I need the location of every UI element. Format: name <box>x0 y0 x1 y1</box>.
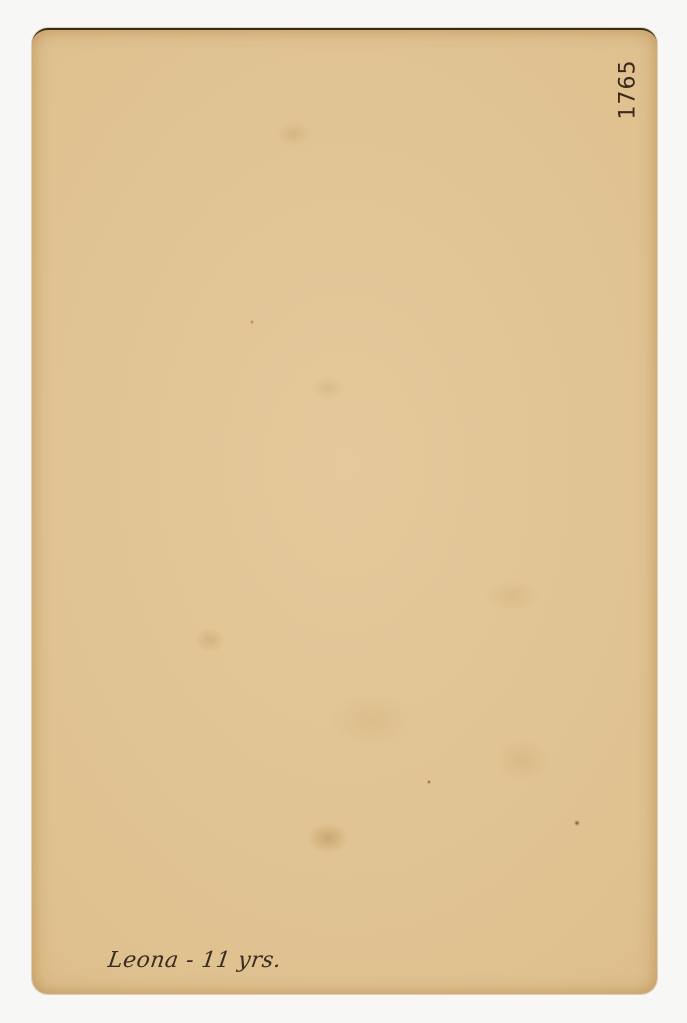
catalog-number-text: 1765 <box>616 59 641 119</box>
catalog-number: 1765 <box>608 54 648 124</box>
cabinet-card-back: 1765 Leona - 11 yrs. <box>32 28 657 994</box>
handwritten-inscription: Leona - 11 yrs. <box>106 948 283 973</box>
scan-background: 1765 Leona - 11 yrs. <box>0 0 687 1023</box>
